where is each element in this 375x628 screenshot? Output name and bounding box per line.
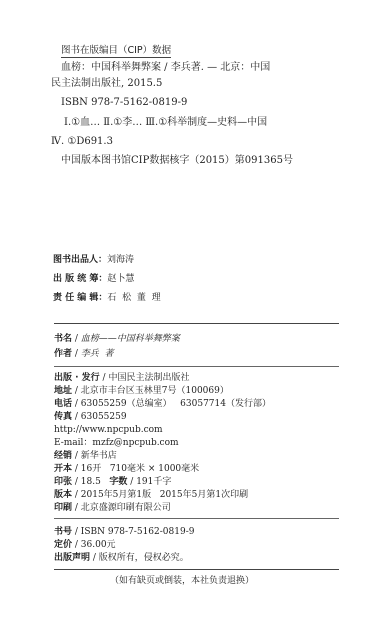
staff-label: 出 版 统 筹： [53, 274, 107, 284]
field-separator: / [72, 527, 81, 537]
cip-record-number: 中国版本图书馆CIP数据核字（2015）第091365号 [61, 155, 293, 167]
format-row: 开本 / 16开 710毫米 × 1000毫米 [54, 464, 199, 475]
field-value: 新华书店 [81, 451, 117, 461]
publisher-row: 出版 · 发行 / 中国民主法制出版社 [54, 373, 189, 384]
book-title-row: 书名 / 血榜——中国科举舞弊案 [54, 334, 180, 345]
field-separator: / [72, 477, 81, 487]
staff-label: 图书出品人： [53, 255, 107, 265]
website-row: http://www.npcpub.com [54, 425, 163, 436]
field-label: 作者 [54, 349, 72, 359]
field-label: 版本 [54, 490, 72, 500]
staff-value: 赵卜慧 [107, 274, 134, 284]
cip-classification-2: Ⅳ. ①D691.3 [51, 136, 113, 148]
edition-row: 版本 / 2015年5月第1版 2015年5月第1次印刷 [54, 490, 248, 501]
field-label: 字数 [109, 477, 127, 487]
website-link[interactable]: http://www.npcpub.com [54, 425, 163, 435]
field-label: 书号 [54, 527, 72, 537]
cip-isbn: ISBN 978-7-5162-0819-9 [61, 97, 187, 109]
field-label: 开本 [54, 464, 72, 474]
fax-row: 传真 / 63055259 [54, 412, 127, 423]
divider [54, 323, 339, 324]
printer-row: 印刷 / 北京盛源印刷有限公司 [54, 503, 171, 514]
field-value: 63055259 [81, 412, 127, 422]
field-label: 出版声明 [54, 553, 90, 563]
field-label: 传真 [54, 412, 72, 422]
field-separator: / [72, 490, 81, 500]
field-separator: / [72, 451, 81, 461]
distributor-row: 经销 / 新华书店 [54, 451, 117, 462]
field-label: 出版 · 发行 [54, 373, 100, 383]
address-row: 地址 / 北京市丰台区玉林里7号（100069） [54, 386, 229, 397]
field-value: 北京盛源印刷有限公司 [81, 503, 171, 513]
field-separator: / [127, 477, 136, 487]
field-separator: / [72, 540, 81, 550]
price-row: 定价 / 36.00元 [54, 540, 116, 551]
field-separator: / [72, 386, 81, 396]
cip-title: 图书在版编目（CIP）数据 [61, 42, 171, 58]
field-label: 经销 [54, 451, 72, 461]
field-value: ISBN 978-7-5162-0819-9 [81, 527, 195, 537]
staff-producer: 图书出品人：刘海涛 [53, 255, 134, 266]
field-separator: / [72, 349, 81, 359]
field-label: 印张 [54, 477, 72, 487]
field-separator: / [90, 553, 99, 563]
field-value: 2015年5月第1版 2015年5月第1次印刷 [81, 490, 248, 500]
copyright-row: 出版声明 / 版权所有，侵权必究。 [54, 553, 189, 564]
field-label: 地址 [54, 386, 72, 396]
field-separator: / [72, 399, 81, 409]
divider [54, 366, 339, 367]
field-value: 18.5 [81, 477, 110, 487]
staff-value: 石 松 董 理 [107, 293, 160, 303]
field-label: 书名 [54, 334, 72, 344]
cip-line-2: 民主法制出版社, 2015.5 [51, 78, 162, 90]
field-separator: / [72, 464, 81, 474]
divider [54, 569, 339, 570]
field-label: 定价 [54, 540, 72, 550]
staff-label: 责 任 编 辑： [53, 293, 107, 303]
staff-value: 刘海涛 [107, 255, 134, 265]
field-value: 36.00元 [81, 540, 116, 550]
field-value: 北京市丰台区玉林里7号（100069） [81, 386, 229, 396]
cip-line-1: 血榜：中国科举舞弊案 / 李兵著. — 北京：中国 [61, 62, 270, 74]
field-value: 63055259（总编室） 63057714（发行部） [81, 399, 271, 409]
field-value: 191千字 [136, 477, 171, 487]
return-notice: （如有缺页或倒装，本社负责退换） [110, 576, 254, 587]
email-link[interactable]: E-mail：mzfz@npcpub.com [54, 438, 179, 448]
isbn-row: 书号 / ISBN 978-7-5162-0819-9 [54, 527, 194, 538]
phone-row: 电话 / 63055259（总编室） 63057714（发行部） [54, 399, 271, 410]
book-author: 李兵 著 [81, 349, 114, 359]
cip-classification-1: Ⅰ.①血… Ⅱ.①李… Ⅲ.①科举制度—史料—中国 [64, 117, 267, 129]
sheets-row: 印张 / 18.5 字数 / 191千字 [54, 477, 171, 488]
staff-coordinator: 出 版 统 筹：赵卜慧 [53, 274, 134, 285]
staff-editors: 责 任 编 辑：石 松 董 理 [53, 293, 161, 304]
field-label: 电话 [54, 399, 72, 409]
field-label: 印刷 [54, 503, 72, 513]
field-separator: / [72, 412, 81, 422]
field-separator: / [72, 503, 81, 513]
field-value: 中国民主法制出版社 [108, 373, 189, 383]
field-value: 版权所有，侵权必究。 [99, 553, 189, 563]
divider [54, 518, 339, 519]
field-separator: / [72, 334, 81, 344]
field-value: 16开 710毫米 × 1000毫米 [81, 464, 199, 474]
book-title: 血榜——中国科举舞弊案 [81, 334, 180, 344]
email-row: E-mail：mzfz@npcpub.com [54, 438, 179, 449]
book-author-row: 作者 / 李兵 著 [54, 349, 114, 360]
